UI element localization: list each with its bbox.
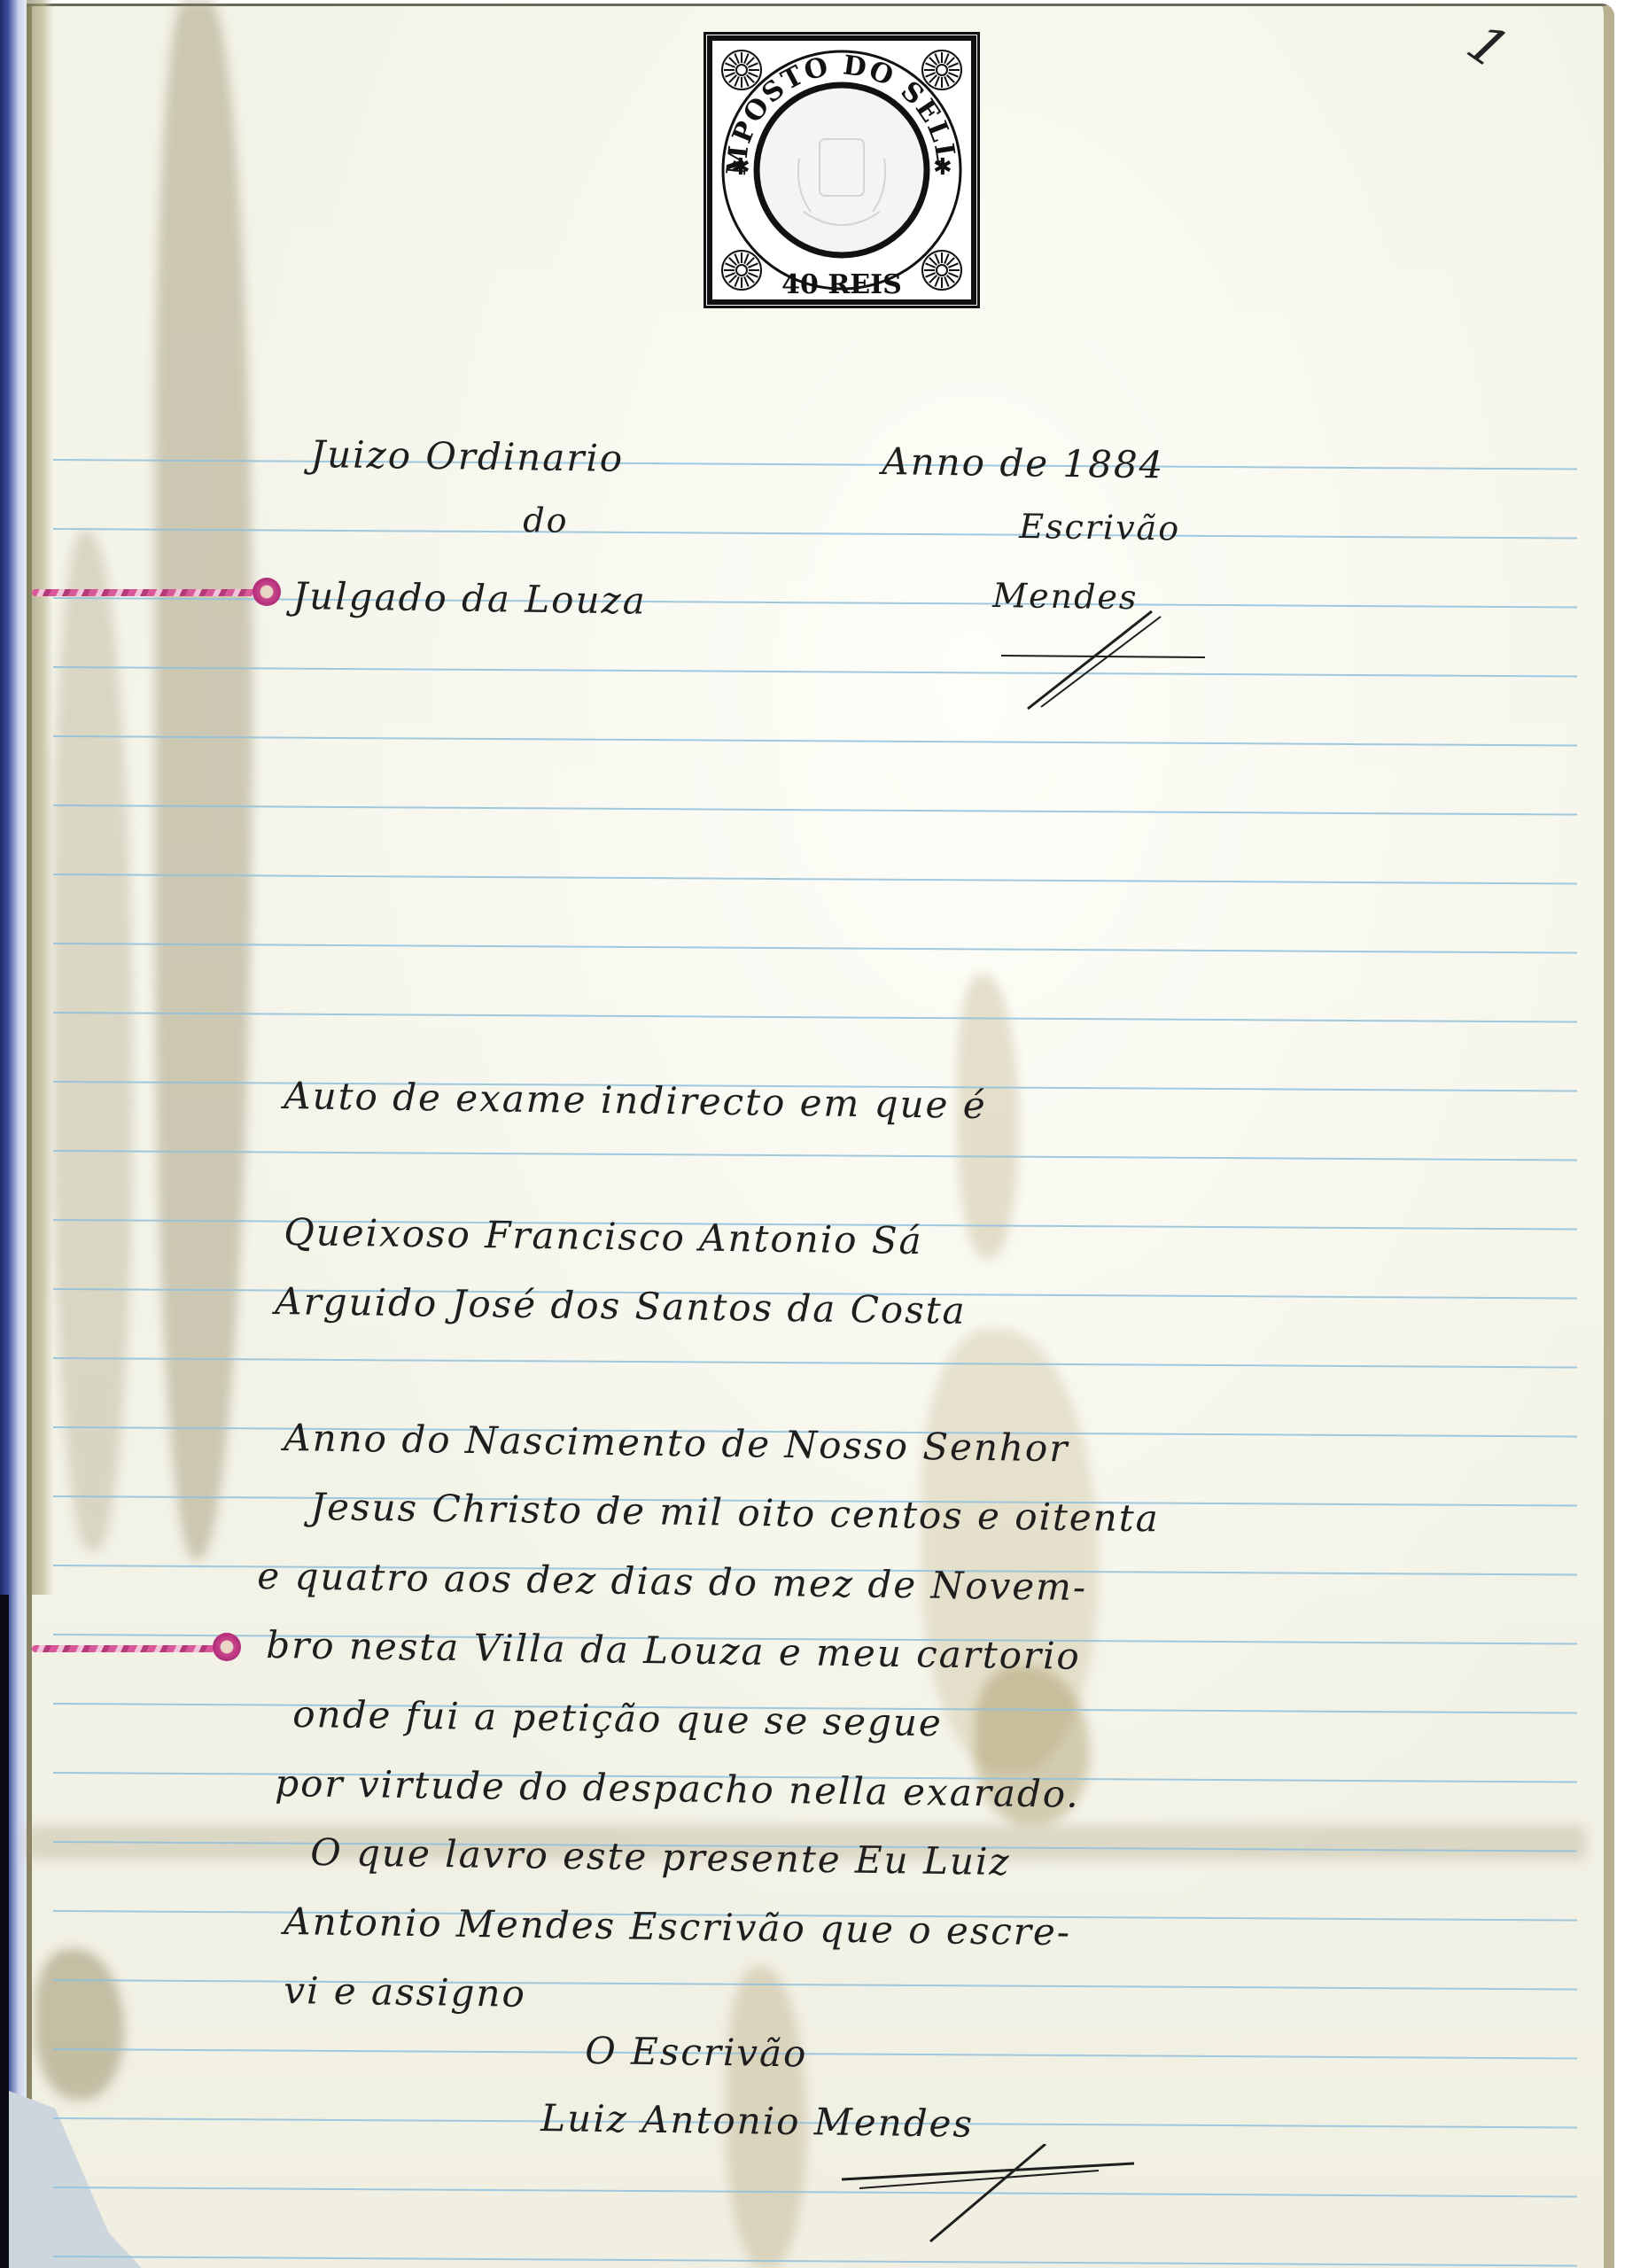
scanner-background-dark (0, 1595, 9, 2268)
binding-string (32, 1645, 227, 1652)
svg-text:✱: ✱ (731, 154, 750, 181)
header-jurisdiction: Julgado da Louza (292, 574, 647, 623)
binding-knot (213, 1633, 241, 1661)
svg-text:40 REIS: 40 REIS (781, 269, 902, 300)
page-edge-discoloration (27, 0, 53, 1595)
signature-title: O Escrivão (585, 2029, 808, 2076)
svg-text:✱: ✱ (933, 154, 952, 181)
body-line: onde fui a petição que se segue (292, 1692, 943, 1744)
signature-name: Luiz Antonio Mendes (540, 2096, 974, 2146)
signature-flourish-icon (992, 602, 1223, 718)
header-court: Juizo Ordinario (310, 432, 624, 480)
binding-knot (253, 578, 281, 606)
stamp-artwork-icon: IMPOSTO DO SELLO 40 REIS ✱ ✱ (706, 35, 977, 306)
header-of: do (523, 501, 569, 540)
binding-string (32, 589, 262, 596)
body-line: vi e assigno (284, 1969, 526, 2016)
signature-flourish-icon (833, 2144, 1152, 2250)
revenue-stamp: IMPOSTO DO SELLO 40 REIS ✱ ✱ (704, 32, 980, 308)
complainant: Queixoso Francisco Antonio Sá (284, 1210, 923, 1262)
header-clerk-title: Escrivão (1019, 507, 1180, 548)
header-year: Anno de 1884 (882, 439, 1165, 486)
